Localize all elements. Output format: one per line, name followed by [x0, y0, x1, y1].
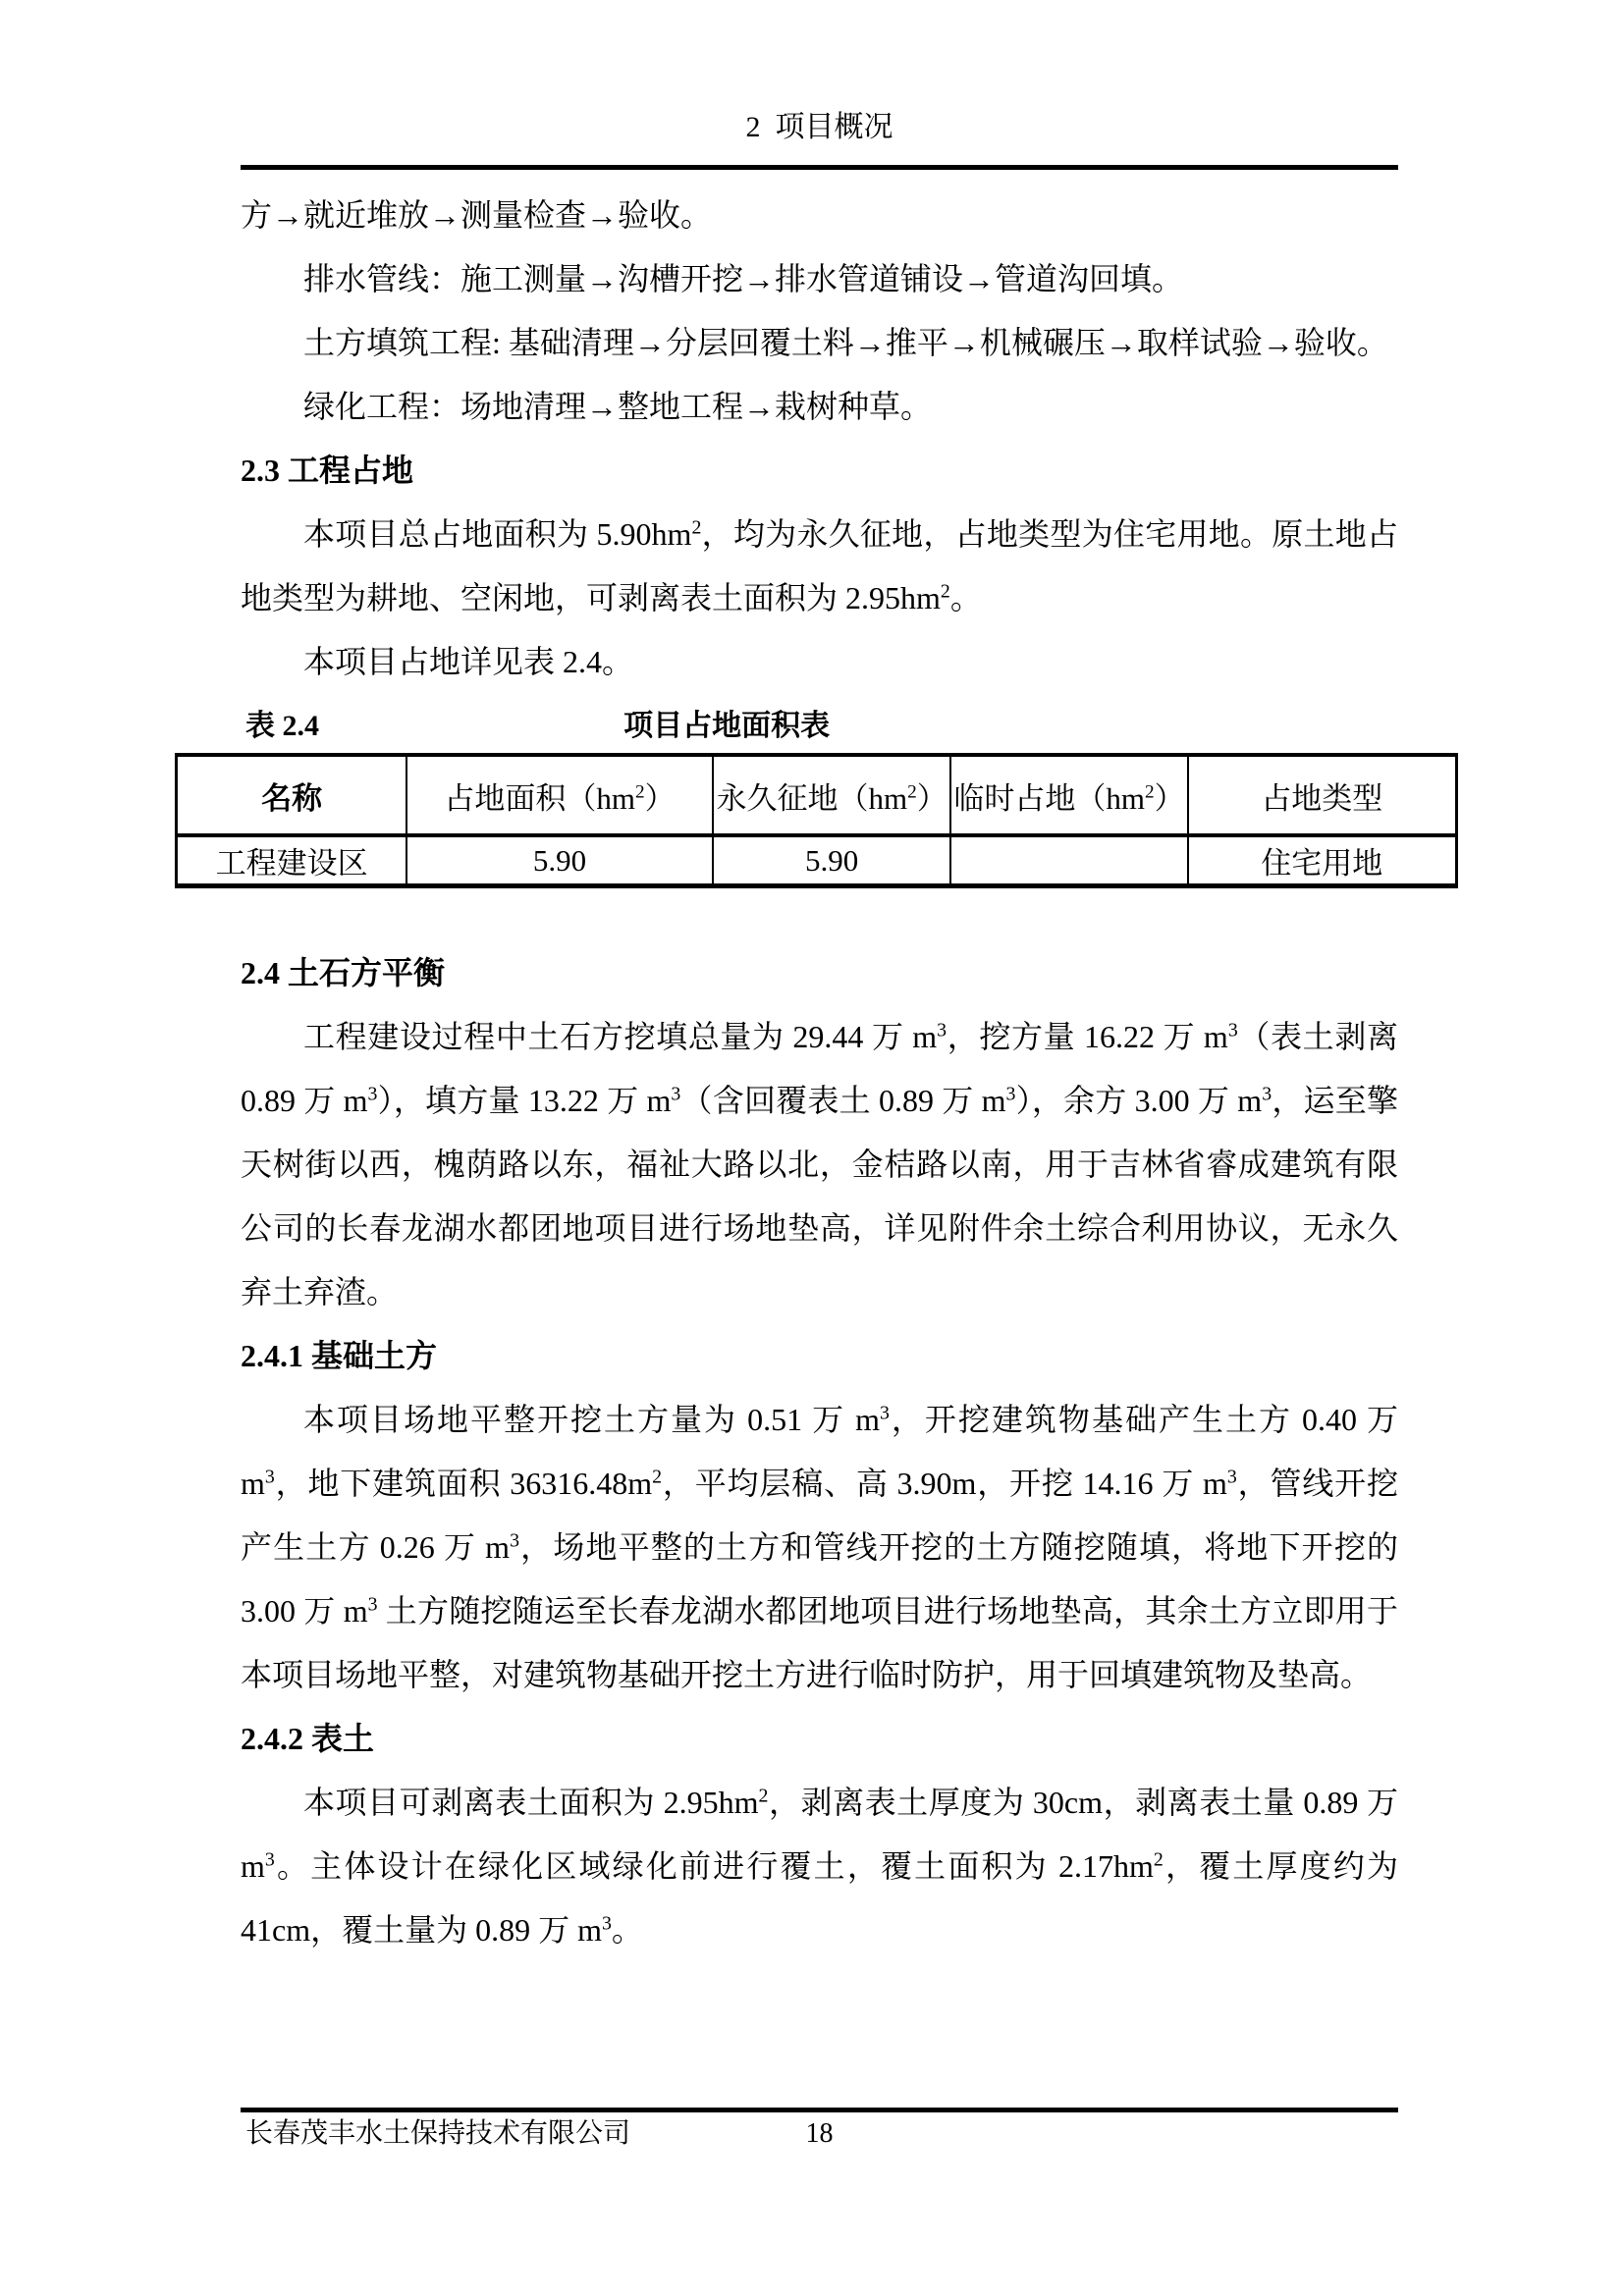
cell-land-type: 住宅用地	[1188, 835, 1457, 886]
table-header-row: 名称 占地面积（hm2） 永久征地（hm2） 临时占地（hm2） 占地类型	[177, 755, 1457, 835]
paragraph-2-4-earthwork: 工程建设过程中土石方挖填总量为 29.44 万 m3，挖方量 16.22 万 m…	[241, 1005, 1398, 1324]
footer-company-name: 长春茂丰水土保持技术有限公司	[245, 2112, 630, 2156]
cell-total-area: 5.90	[406, 835, 713, 886]
page-body: 方→就近堆放→测量检查→验收。 排水管线：施工测量→沟槽开挖→排水管道铺设→管道…	[241, 184, 1398, 1962]
paragraph-2-3-table-ref: 本项目占地详见表 2.4。	[241, 630, 1398, 694]
paragraph-earth-filling: 土方填筑工程: 基础清理→分层回覆土料→推平→机械碾压→取样试验→验收。	[241, 311, 1398, 375]
table-header-temporary: 临时占地（hm2）	[950, 755, 1187, 835]
paragraph-2-4-2-topsoil: 本项目可剥离表土面积为 2.95hm2，剥离表土厚度为 30cm，剥离表土量 0…	[241, 1771, 1398, 1962]
cell-permanent-area: 5.90	[713, 835, 951, 886]
paragraph-2-4-1-foundation: 本项目场地平整开挖土方量为 0.51 万 m3，开挖建筑物基础产生土方 0.40…	[241, 1388, 1398, 1707]
paragraph-2-3-land: 本项目总占地面积为 5.90hm2，均为永久征地，占地类型为住宅用地。原土地占地…	[241, 503, 1398, 630]
footer-page-number: 18	[806, 2112, 834, 2156]
heading-2-4-2: 2.4.2 表土	[241, 1707, 1398, 1771]
page-header-title: 2 项目概况	[241, 108, 1398, 147]
land-occupation-table: 名称 占地面积（hm2） 永久征地（hm2） 临时占地（hm2） 占地类型 工程…	[175, 753, 1458, 888]
heading-2-3: 2.3 工程占地	[241, 439, 1398, 503]
header-rule	[241, 165, 1398, 170]
table-header-name: 名称	[177, 755, 407, 835]
table-header-land-type: 占地类型	[1188, 755, 1457, 835]
document-page: 2 项目概况 方→就近堆放→测量检查→验收。 排水管线：施工测量→沟槽开挖→排水…	[0, 0, 1624, 2296]
table-caption: 表 2.4 项目占地面积表	[241, 706, 1398, 747]
paragraph-drainage-pipeline: 排水管线：施工测量→沟槽开挖→排水管道铺设→管道沟回填。	[241, 247, 1398, 311]
table-caption-title: 项目占地面积表	[623, 706, 830, 747]
paragraph-greening: 绿化工程：场地清理→整地工程→栽树种草。	[241, 375, 1398, 439]
heading-2-4-1: 2.4.1 基础土方	[241, 1324, 1398, 1388]
table-header-permanent: 永久征地（hm2）	[713, 755, 951, 835]
table-header-total-area: 占地面积（hm2）	[406, 755, 713, 835]
heading-2-4: 2.4 土石方平衡	[241, 941, 1398, 1005]
table-caption-label: 表 2.4	[245, 706, 319, 747]
paragraph-continuation: 方→就近堆放→测量检查→验收。	[241, 184, 1398, 247]
cell-temporary-area	[950, 835, 1187, 886]
cell-zone-name: 工程建设区	[177, 835, 407, 886]
table-row: 工程建设区 5.90 5.90 住宅用地	[177, 835, 1457, 886]
